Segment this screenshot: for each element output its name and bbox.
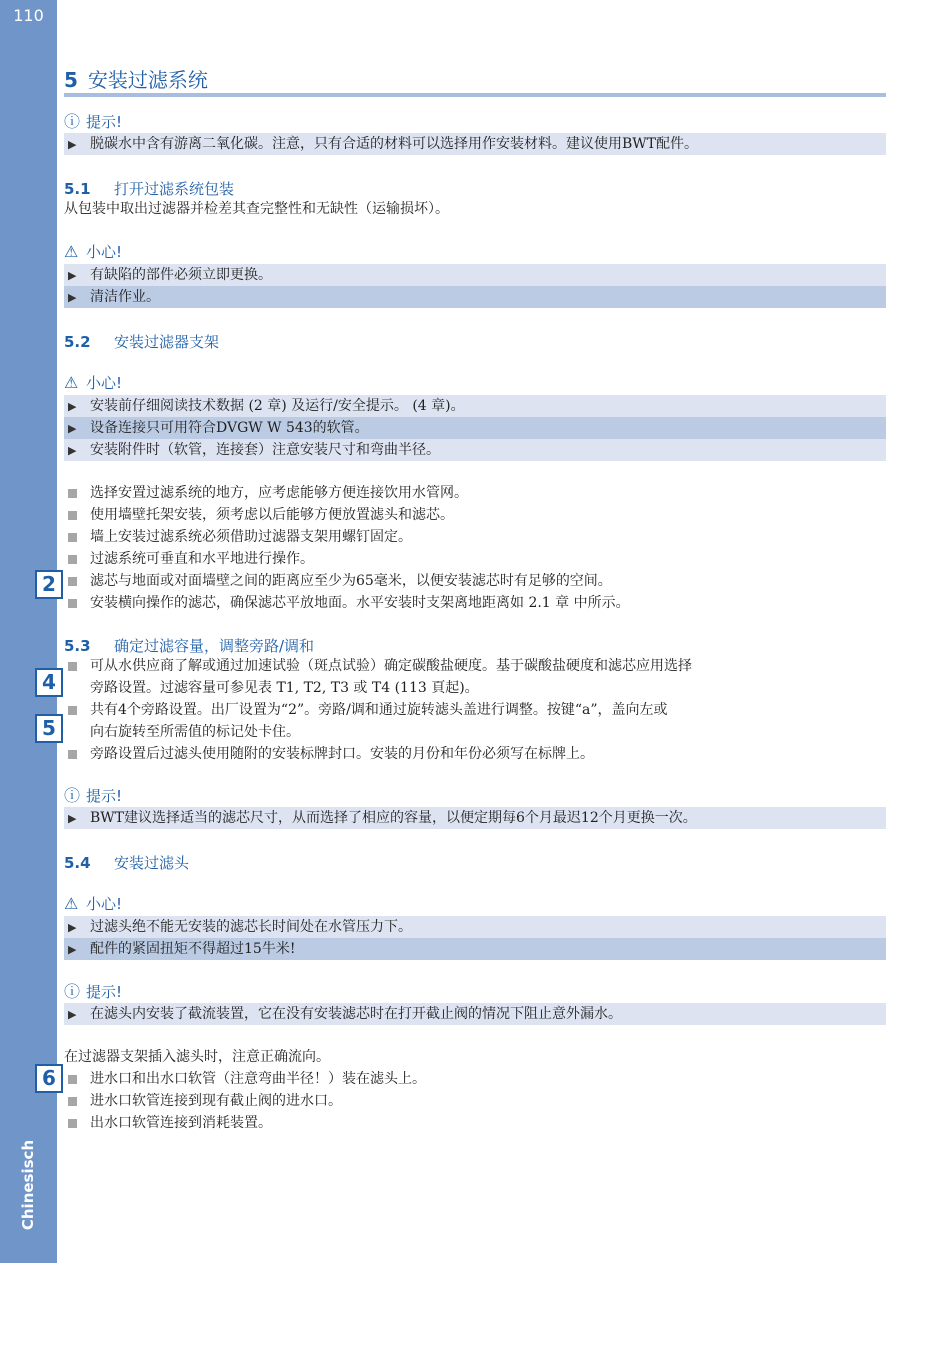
bullet-list: 选择安置过滤系统的地方，应考虑能够方便连接饮用水管网。 使用墙壁托架安装，须考虑… <box>64 482 890 614</box>
section-heading-5-1: 5.1打开过滤系统包装 <box>64 178 234 199</box>
note-item: ▶脱碳水中含有游离二氧化碳。注意，只有合适的材料可以选择用作安装材料。建议使用B… <box>64 133 886 155</box>
square-bullet-icon <box>68 489 77 498</box>
square-bullet-icon <box>68 750 77 759</box>
section-text: 在过滤器支架插入滤头时，注意正确流向。 <box>64 1046 330 1068</box>
list-item: 进水口软管连接到现有截止阀的进水口。 <box>64 1090 890 1112</box>
list-item: 共有4个旁路设置。出厂设置为“2”。旁路/调和通过旋转滤头盖进行调整。按键“a”… <box>64 699 890 743</box>
bullet-list: 进水口和出水口软管（注意弯曲半径！）装在滤头上。 进水口软管连接到现有截止阀的进… <box>64 1068 890 1134</box>
list-item: 安装横向操作的滤芯，确保滤芯平放地面。水平安装时支架离地距离如 2.1 章 中所… <box>64 592 890 614</box>
square-bullet-icon <box>68 555 77 564</box>
caution-item: ▶设备连接只可用符合DVGW W 543的软管。 <box>64 417 886 439</box>
chapter-rule <box>64 93 886 97</box>
page-number: 110 <box>0 6 57 25</box>
caution-heading: ⚠小心! <box>64 242 122 262</box>
list-item: 旁路设置后过滤头使用随附的安装标牌封口。安装的月份和年份必须写在标牌上。 <box>64 743 890 765</box>
triangle-bullet-icon: ▶ <box>68 808 90 830</box>
list-item: 出水口软管连接到消耗装置。 <box>64 1112 890 1134</box>
square-bullet-icon <box>68 577 77 586</box>
info-icon: ⓘ <box>64 112 86 132</box>
list-item: 滤芯与地面或对面墙壁之间的距离应至少为65毫米，以便安装滤芯时有足够的空间。 <box>64 570 890 592</box>
list-item: 进水口和出水口软管（注意弯曲半径！）装在滤头上。 <box>64 1068 890 1090</box>
list-item: 选择安置过滤系统的地方，应考虑能够方便连接饮用水管网。 <box>64 482 890 504</box>
language-label: Chinesisch <box>19 1140 37 1230</box>
section-heading-5-4: 5.4安装过滤头 <box>64 852 189 873</box>
figure-marker-4: 4 <box>35 668 63 697</box>
triangle-bullet-icon: ▶ <box>68 1004 90 1026</box>
note-item: ▶BWT建议选择适当的滤芯尺寸，从而选择了相应的容量，以便定期每6个月最迟12个… <box>64 807 886 829</box>
note-item: ▶在滤头内安装了截流装置，它在没有安装滤芯时在打开截止阀的情况下阻止意外漏水。 <box>64 1003 886 1025</box>
caution-heading: ⚠小心! <box>64 373 122 393</box>
triangle-bullet-icon: ▶ <box>68 939 90 961</box>
list-item: 可从水供应商了解或通过加速试验（斑点试验）确定碳酸盐硬度。基于碳酸盐硬度和滤芯应… <box>64 655 890 699</box>
triangle-bullet-icon: ▶ <box>68 440 90 462</box>
section-heading-5-2: 5.2安装过滤器支架 <box>64 331 219 352</box>
square-bullet-icon <box>68 1119 77 1128</box>
warning-icon: ⚠ <box>64 242 86 262</box>
list-item: 使用墙壁托架安装，须考虑以后能够方便放置滤头和滤芯。 <box>64 504 890 526</box>
warning-icon: ⚠ <box>64 373 86 393</box>
note-heading: ⓘ提示! <box>64 982 122 1002</box>
square-bullet-icon <box>68 599 77 608</box>
caution-item: ▶安装前仔细阅读技术数据 (2 章) 及运行/安全提示。 (4 章)。 <box>64 395 886 417</box>
section-heading-5-3: 5.3确定过滤容量，调整旁路/调和 <box>64 635 314 656</box>
square-bullet-icon <box>68 1097 77 1106</box>
figure-marker-5: 5 <box>35 714 63 743</box>
square-bullet-icon <box>68 662 77 671</box>
square-bullet-icon <box>68 533 77 542</box>
caution-item: ▶清洁作业。 <box>64 286 886 308</box>
square-bullet-icon <box>68 706 77 715</box>
warning-icon: ⚠ <box>64 894 86 914</box>
chapter-heading: 5安装过滤系统 <box>64 64 886 93</box>
info-icon: ⓘ <box>64 982 86 1002</box>
list-item: 墙上安装过滤系统必须借助过滤器支架用螺钉固定。 <box>64 526 890 548</box>
triangle-bullet-icon: ▶ <box>68 134 90 156</box>
triangle-bullet-icon: ▶ <box>68 917 90 939</box>
square-bullet-icon <box>68 511 77 520</box>
caution-item: ▶安装附件时（软管，连接套）注意安装尺寸和弯曲半径。 <box>64 439 886 461</box>
square-bullet-icon <box>68 1075 77 1084</box>
figure-marker-6: 6 <box>35 1064 63 1093</box>
bullet-list: 可从水供应商了解或通过加速试验（斑点试验）确定碳酸盐硬度。基于碳酸盐硬度和滤芯应… <box>64 655 890 765</box>
caution-heading: ⚠小心! <box>64 894 122 914</box>
caution-item: ▶有缺陷的部件必须立即更换。 <box>64 264 886 286</box>
note-heading: ⓘ提示! <box>64 786 122 806</box>
caution-item: ▶配件的紧固扭矩不得超过15牛米! <box>64 938 886 960</box>
chapter-title: 安装过滤系统 <box>88 68 208 92</box>
note-heading: ⓘ提示! <box>64 112 122 132</box>
list-item: 过滤系统可垂直和水平地进行操作。 <box>64 548 890 570</box>
triangle-bullet-icon: ▶ <box>68 287 90 309</box>
section-text: 从包装中取出过滤器并检差其查完整性和无缺性（运输损坏）。 <box>64 198 449 220</box>
chapter-number: 5 <box>64 68 78 92</box>
figure-marker-2: 2 <box>35 570 63 599</box>
caution-item: ▶过滤头绝不能无安装的滤芯长时间处在水管压力下。 <box>64 916 886 938</box>
triangle-bullet-icon: ▶ <box>68 396 90 418</box>
triangle-bullet-icon: ▶ <box>68 265 90 287</box>
info-icon: ⓘ <box>64 786 86 806</box>
triangle-bullet-icon: ▶ <box>68 418 90 440</box>
